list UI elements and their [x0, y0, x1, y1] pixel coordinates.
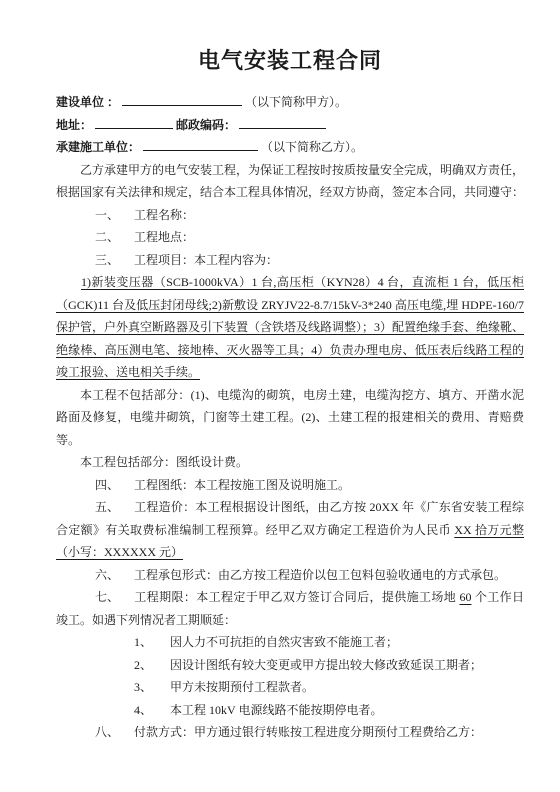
- clause-1-number: 一、: [95, 204, 134, 227]
- clause-8-number: 八、: [95, 721, 134, 744]
- clause-6-contract-form: 六、工程承包形式：由乙方按工程造价以包工包料包验收通电的方式承包。: [56, 564, 524, 587]
- clause-7-days-underlined: 60: [459, 590, 471, 604]
- clause-7-text-pre: 工程期限：本工程定于甲乙双方签订合同后，提供施工场地: [134, 590, 459, 604]
- clause-4-text: 工程图纸：本工程按施工图及说明施工。: [134, 478, 350, 492]
- clause-1-text: 工程名称：: [134, 208, 194, 222]
- delay-condition-1-text: 因人力不可抗拒的自然灾害致不能施工者；: [170, 635, 398, 649]
- clause-5-project-cost: 五、工程造价：本工程根据设计图纸，由乙方按 20XX 年《广东省安装工程综合定额…: [56, 496, 524, 564]
- clause-5-number: 五、: [95, 496, 134, 519]
- clause-4-number: 四、: [95, 474, 134, 497]
- party-a-blank-line: [122, 92, 242, 106]
- party-b-blank-line: [143, 137, 258, 151]
- contract-title: 电气安装工程合同: [56, 44, 524, 78]
- delay-condition-4-number: 4、: [134, 699, 170, 722]
- address-line: 地址： 邮政编码：: [56, 114, 524, 137]
- contract-document-page: 电气安装工程合同 建设单位 ： （以下简称甲方）。 地址： 邮政编码： 承建施工…: [0, 0, 560, 792]
- clause-2-text: 工程地点：: [134, 230, 194, 244]
- clause-7-number: 七、: [95, 586, 134, 609]
- delay-condition-2: 2、因设计图纸有较大变更或甲方提出较大修改致延误工期者；: [56, 654, 524, 677]
- delay-condition-1: 1、因人力不可抗拒的自然灾害致不能施工者；: [56, 631, 524, 654]
- clause-6-number: 六、: [95, 564, 134, 587]
- clause-3-text: 工程项目：本工程内容为：: [134, 253, 278, 267]
- address-blank-line: [95, 115, 173, 129]
- clause-2-project-location: 二、工程地点：: [56, 226, 524, 249]
- delay-condition-1-number: 1、: [134, 631, 170, 654]
- delay-condition-3-text: 甲方未按期预付工程款者。: [170, 680, 314, 694]
- postcode-label: 邮政编码：: [176, 118, 236, 132]
- address-label: 地址：: [56, 118, 92, 132]
- delay-condition-4: 4、本工程 10kV 电源线路不能按期停电者。: [56, 699, 524, 722]
- delay-condition-3: 3、甲方未按期预付工程款者。: [56, 676, 524, 699]
- postcode-blank-line: [239, 115, 326, 129]
- included-works-paragraph: 本工程包括部分：图纸设计费。: [56, 451, 524, 474]
- project-scope-underlined-text: 1)新装变压器（SCB-1000kVA）1 台,高压柜（KYN28）4 台，直流…: [56, 275, 524, 379]
- project-scope-paragraph: 1)新装变压器（SCB-1000kVA）1 台,高压柜（KYN28）4 台，直流…: [56, 271, 524, 384]
- delay-condition-3-number: 3、: [134, 676, 170, 699]
- clause-3-project-items: 三、工程项目：本工程内容为：: [56, 249, 524, 272]
- party-b-line: 承建施工单位： （以下简称乙方）。: [56, 136, 524, 159]
- clause-7-project-term: 七、工程期限：本工程定于甲乙双方签订合同后，提供施工场地 60 个工作日竣工。如…: [56, 586, 524, 631]
- clause-4-drawings: 四、工程图纸：本工程按施工图及说明施工。: [56, 474, 524, 497]
- party-a-label: 建设单位 ：: [56, 95, 119, 109]
- clause-8-text: 付款方式：甲方通过银行转账按工程进度分期预付工程费给乙方：: [134, 725, 482, 739]
- document-content: 电气安装工程合同 建设单位 ： （以下简称甲方）。 地址： 邮政编码： 承建施工…: [0, 0, 560, 744]
- clause-3-number: 三、: [95, 249, 134, 272]
- delay-condition-2-number: 2、: [134, 654, 170, 677]
- delay-condition-2-text: 因设计图纸有较大变更或甲方提出较大修改致延误工期者；: [170, 658, 482, 672]
- excluded-works-paragraph: 本工程不包括部分：(1)、电缆沟的砌筑，电房土建，电缆沟挖方、填方、开凿水泥路面…: [56, 384, 524, 452]
- party-b-label: 承建施工单位：: [56, 140, 140, 154]
- party-a-suffix: （以下简称甲方）。: [245, 95, 347, 109]
- clause-6-text: 工程承包形式：由乙方按工程造价以包工包料包验收通电的方式承包。: [134, 568, 506, 582]
- clause-1-project-name: 一、工程名称：: [56, 204, 524, 227]
- party-a-line: 建设单位 ： （以下简称甲方）。: [56, 91, 524, 114]
- party-b-suffix: （以下简称乙方）。: [261, 140, 363, 154]
- clause-2-number: 二、: [95, 226, 134, 249]
- delay-condition-4-text: 本工程 10kV 电源线路不能按期停电者。: [170, 703, 382, 717]
- clause-8-payment: 八、付款方式：甲方通过银行转账按工程进度分期预付工程费给乙方：: [56, 721, 524, 744]
- intro-paragraph: 乙方承建甲方的电气安装工程，为保证工程按时按质按量安全完成，明确双方责任，根据国…: [56, 159, 524, 204]
